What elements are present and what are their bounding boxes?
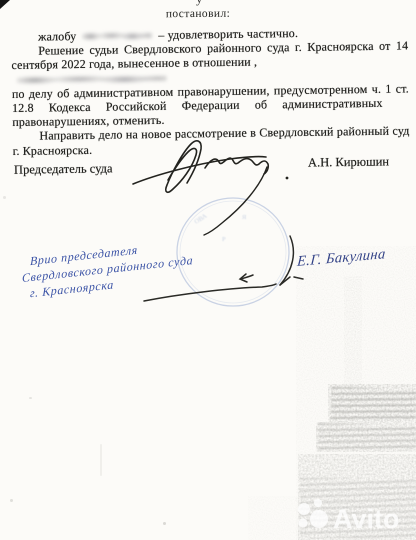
bleedthrough-band bbox=[318, 423, 416, 451]
avito-wordmark: Avito bbox=[333, 504, 400, 534]
stamp-glyphs: ОВА bbox=[193, 213, 208, 226]
avito-watermark: Avito bbox=[292, 492, 414, 538]
ruling-line-3-text: сентября 2022 года, вынесенное в отношен… bbox=[11, 55, 257, 72]
avito-logo-circle bbox=[310, 510, 328, 528]
chairman-name: А.Н. Кирюшин bbox=[308, 154, 389, 170]
ruling-line-1-pre: жалобу bbox=[38, 29, 76, 44]
scanned-court-document: у постановил: жалобу– удовлетворить част… bbox=[0, 0, 416, 540]
noise-region bbox=[248, 496, 308, 540]
bleedthrough-band bbox=[331, 387, 416, 421]
scan-speck bbox=[3, 196, 6, 199]
decree-heading: постановил: bbox=[0, 7, 396, 22]
bleedthrough-band bbox=[300, 478, 416, 538]
clerk-signature-name: Е.Г. Бакулина bbox=[297, 246, 387, 271]
redaction-blur bbox=[82, 31, 152, 41]
scan-speck bbox=[10, 499, 13, 502]
scan-speck bbox=[29, 397, 32, 399]
noise-region bbox=[296, 246, 416, 540]
stamp-glyph: Я bbox=[242, 214, 247, 221]
cropped-previous-line-artifact: у bbox=[196, 0, 203, 7]
signature-title: Председатель суда bbox=[14, 161, 113, 177]
noise-band bbox=[328, 384, 416, 422]
scan-corner-artifact bbox=[0, 0, 10, 9]
ruling-text: жалобу– удовлетворить частично. Решение … bbox=[11, 24, 410, 157]
avito-logo-circle bbox=[299, 519, 308, 528]
noise-block bbox=[298, 454, 416, 540]
avito-logo-circle bbox=[298, 503, 310, 515]
noise-band bbox=[316, 422, 416, 452]
avito-logo-circle bbox=[314, 499, 322, 507]
certification-note: Врио председателя Свердловского районног… bbox=[30, 229, 259, 301]
scan-speck bbox=[163, 522, 166, 525]
redaction-blur bbox=[17, 73, 167, 84]
scan-speck bbox=[100, 444, 102, 476]
noise-streak bbox=[344, 276, 362, 388]
